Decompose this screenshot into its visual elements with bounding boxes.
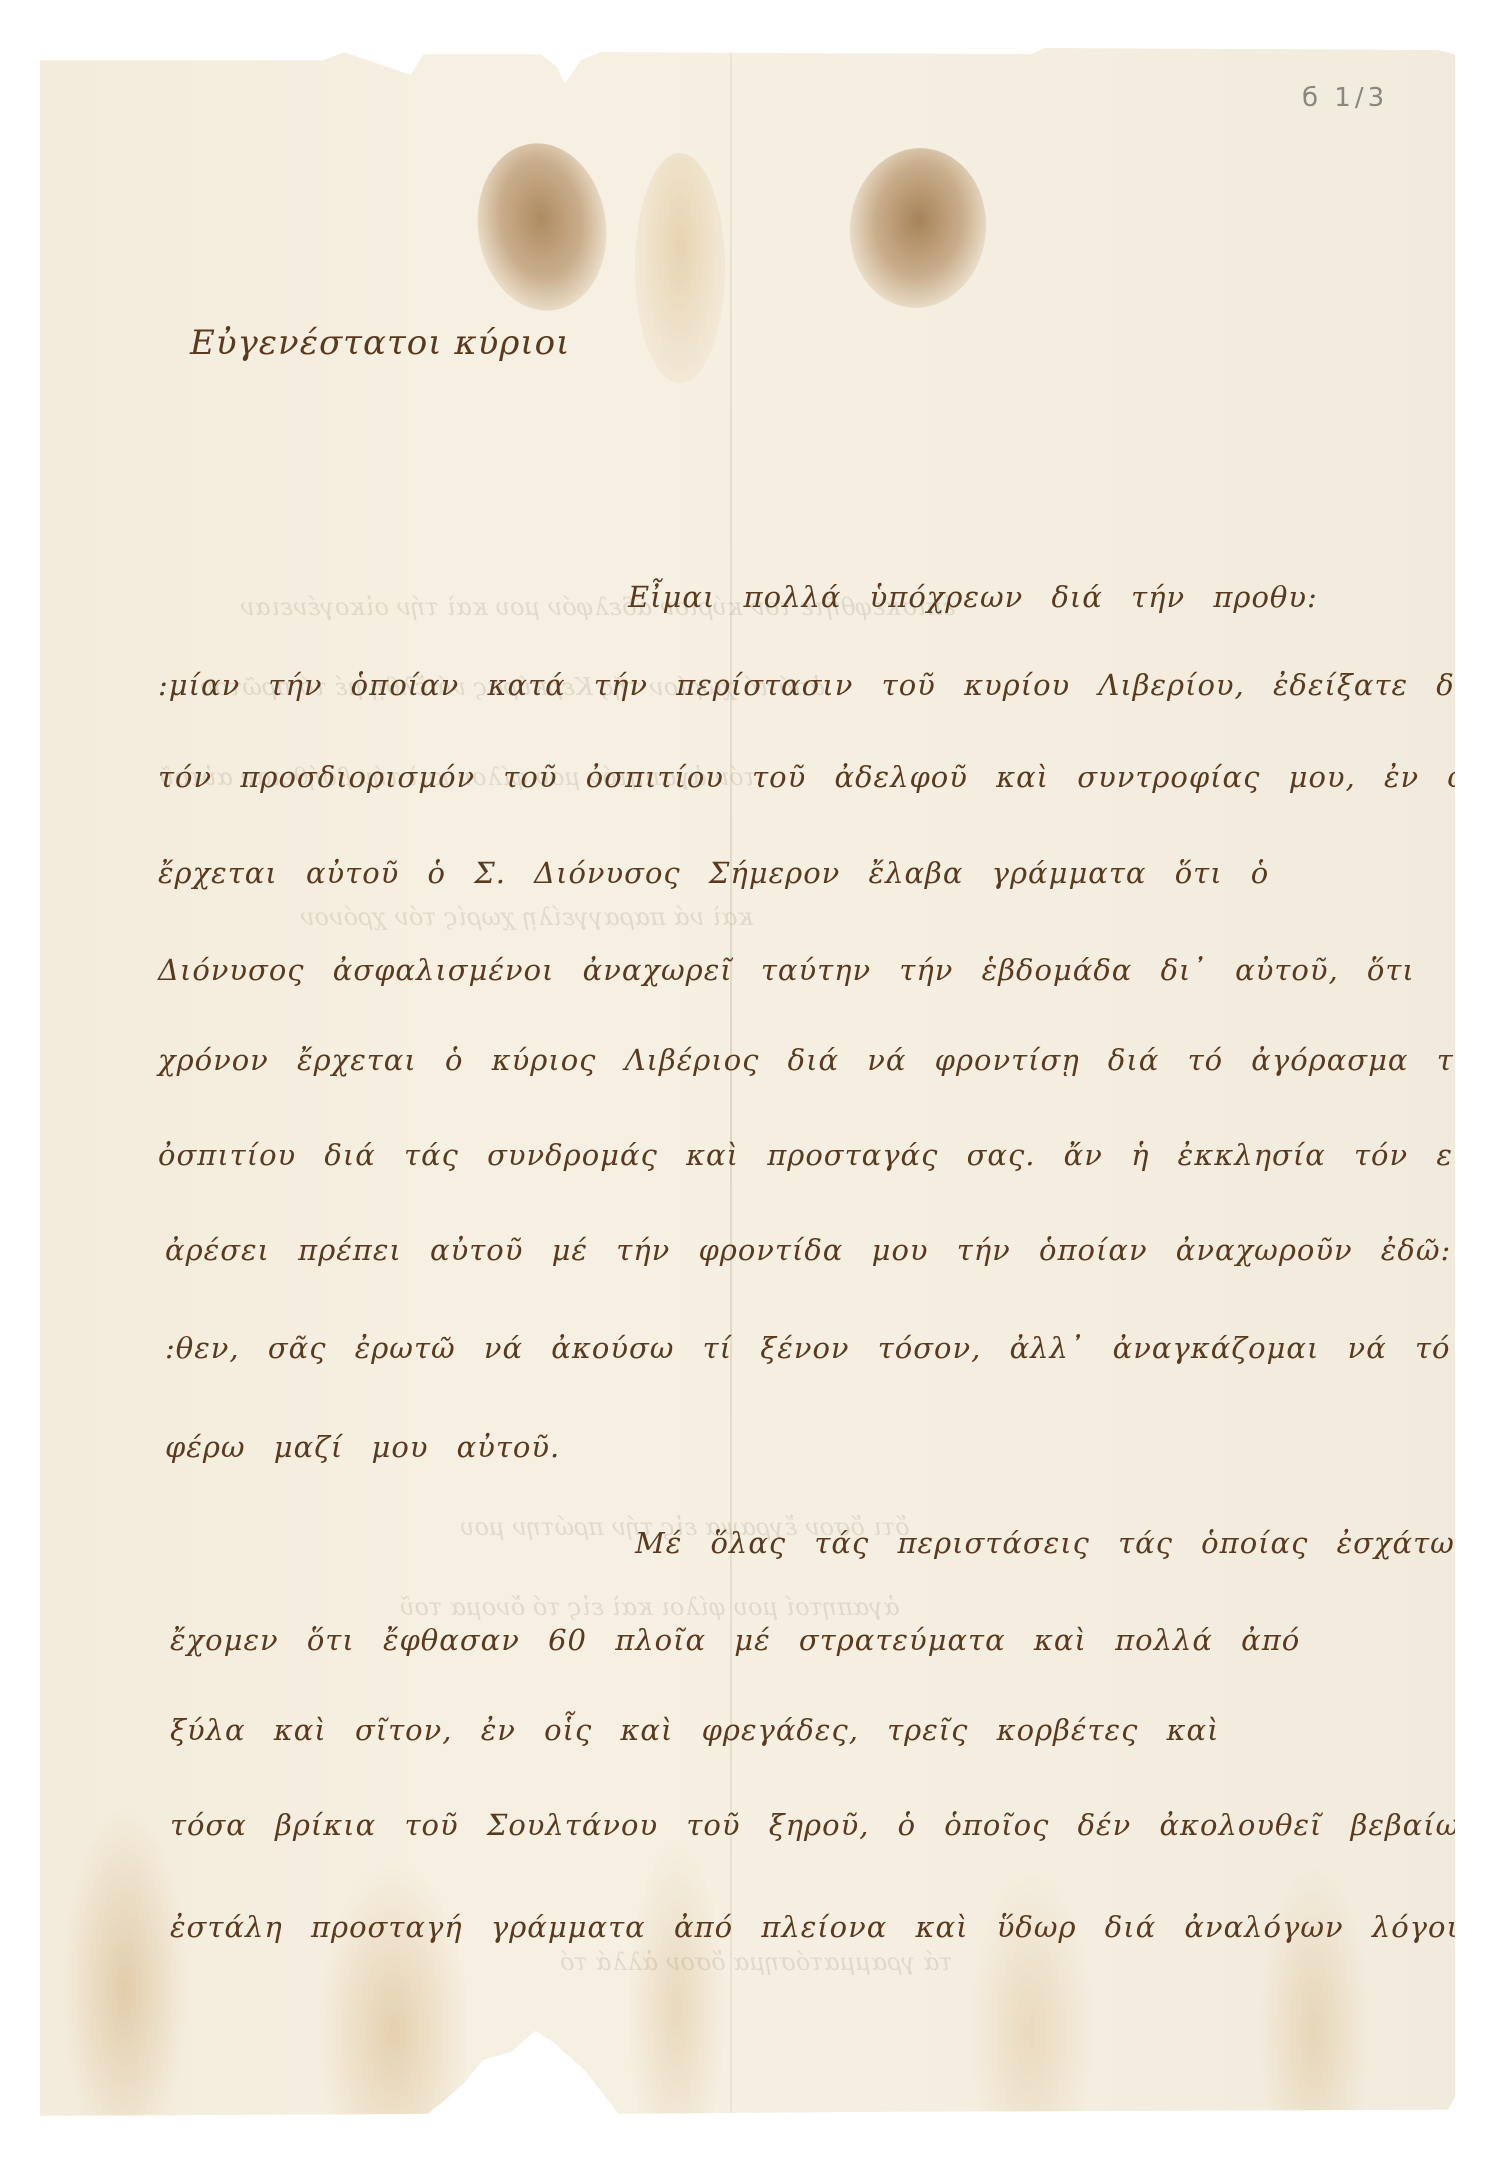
letter-line: ξύλα καὶ σῖτον, ἐν οἷς καὶ φρεγάδες, τρε…	[170, 1713, 1220, 1747]
letter-line: ἔχομεν ὅτι ἔφθασαν 60 πλοῖα μέ στρατεύμα…	[170, 1623, 1300, 1657]
bleed-through-text: ἀγαπητοί μου φίλοι καὶ εἰς τό ὄνομα τοῦ	[400, 1593, 900, 1621]
bleed-through-text: καὶ νά παραγγείλῃ χωρίς τόν χρόνον	[300, 903, 753, 931]
manuscript-page: б 1/3 ἐπισκεφθῆτε τόν κύριον ἀδελφόν μου…	[40, 48, 1455, 2118]
letter-line: ἔρχεται αὐτοῦ ὁ Σ. Διόνυσος Σήμερον ἔλαβ…	[158, 856, 1269, 890]
stain-top-left	[467, 135, 617, 319]
letter-line: Διόνυσος ἀσφαλισμένοι ἀναχωρεῖ ταύτην τή…	[158, 953, 1415, 987]
letter-line: ἐστάλη προσταγή γράμματα ἀπό πλείονα καὶ…	[170, 1910, 1465, 1944]
folio-mark: б 1/3	[1302, 83, 1388, 113]
letter-line: ὀσπιτίου διά τάς συνδρομάς καὶ προσταγάς…	[158, 1138, 1500, 1172]
letter-line: φέρω μαζί μου αὐτοῦ.	[165, 1430, 560, 1464]
stain-top-center	[635, 153, 725, 383]
letter-line: Εἶμαι πολλά ὑπόχρεων διά τήν προθυ:	[628, 580, 1318, 614]
letter-line: τόσα βρίκια τοῦ Σουλτάνου τοῦ ξηροῦ, ὁ ὁ…	[170, 1808, 1478, 1842]
stain-top-right	[842, 141, 994, 314]
salutation: Εὐγενέστατοι κύριοι	[190, 323, 570, 363]
letter-line: Μέ ὅλας τάς περιστάσεις τάς ὁποίας ἐσχάτ…	[635, 1526, 1472, 1560]
letter-line: τόν προσδιορισμόν τοῦ ὀσπιτίου τοῦ ἀδελφ…	[158, 760, 1472, 794]
letter-line: ἀρέσει πρέπει αὐτοῦ μέ τήν φροντίδα μου …	[165, 1233, 1451, 1267]
bleed-through-text: τά γραμματόσημα ὅσον ἀλλά τό	[560, 1948, 953, 1976]
letter-line: χρόνον ἔρχεται ὁ κύριος Λιβέριος διά νά …	[158, 1043, 1491, 1077]
letter-line: :μίαν τήν ὁποίαν κατά τήν περίστασιν τοῦ…	[158, 668, 1488, 702]
letter-line: :θεν, σᾶς ἐρωτῶ νά ἀκούσω τί ξένον τόσον…	[165, 1331, 1451, 1365]
water-damage-bottom	[40, 1688, 1455, 2118]
